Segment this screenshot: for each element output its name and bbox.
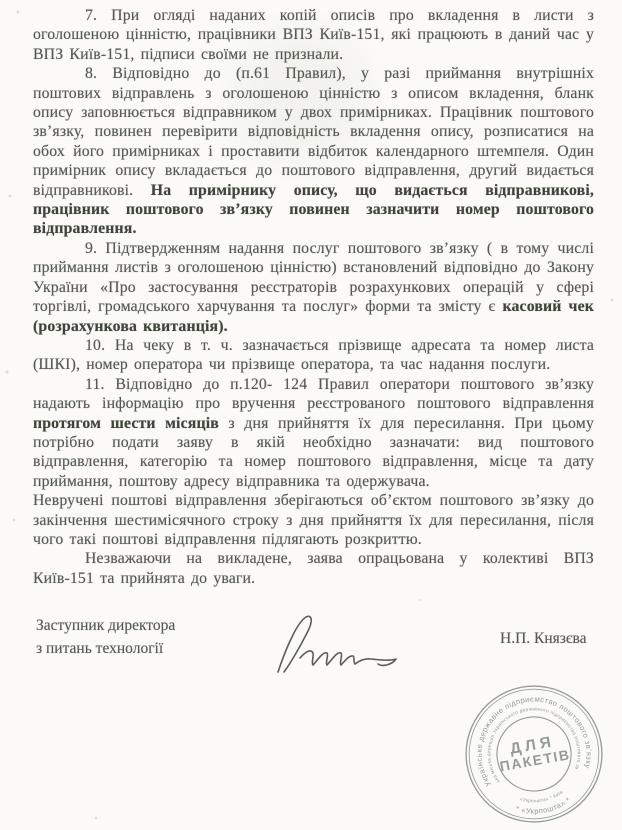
- paragraph-7: Незважаючи на викладене, заява опрацьова…: [33, 549, 594, 588]
- paragraph-3: 9. Підтвердженням надання послуг поштово…: [33, 239, 594, 336]
- text-run: 8. Відповідно до (п.61 Правил), у разі п…: [33, 65, 594, 198]
- bold-text-run: протягом шести місяців: [33, 415, 219, 432]
- text-run: 7. При огляді наданих копій описів про в…: [33, 7, 594, 63]
- text-run: 10. На чеку в т. ч. зазначається прізвищ…: [33, 337, 594, 373]
- text-run: Незважаючи на викладене, заява опрацьова…: [33, 550, 594, 586]
- text-run: Невручені поштові відправлення зберігают…: [33, 492, 594, 548]
- round-stamp: Українське державне підприємство поштово…: [451, 671, 618, 830]
- handwritten-signature: [248, 610, 408, 680]
- text-run: 11. Відповідно до п.120- 124 Правил опер…: [33, 376, 594, 412]
- paragraph-6: Невручені поштові відправлення зберігают…: [33, 491, 594, 549]
- paragraph-5: 11. Відповідно до п.120- 124 Правил опер…: [33, 375, 594, 491]
- round-stamp-graphic: Українське державне підприємство поштово…: [451, 671, 618, 830]
- paragraph-4: 10. На чеку в т. ч. зазначається прізвищ…: [33, 336, 594, 375]
- signer-name: Н.П. Князєва: [500, 630, 587, 648]
- paragraph-1: 7. При огляді наданих копій описів про в…: [33, 6, 594, 64]
- paragraph-2: 8. Відповідно до (п.61 Правил), у разі п…: [33, 64, 594, 239]
- scanned-document-page: 7. При огляді наданих копій описів про в…: [0, 0, 622, 830]
- signer-title-line2: з питань технології: [36, 637, 175, 660]
- signer-title: Заступник директора з питань технології: [36, 614, 175, 660]
- signer-title-line1: Заступник директора: [36, 614, 175, 637]
- document-body: 7. При огляді наданих копій описів про в…: [0, 6, 622, 588]
